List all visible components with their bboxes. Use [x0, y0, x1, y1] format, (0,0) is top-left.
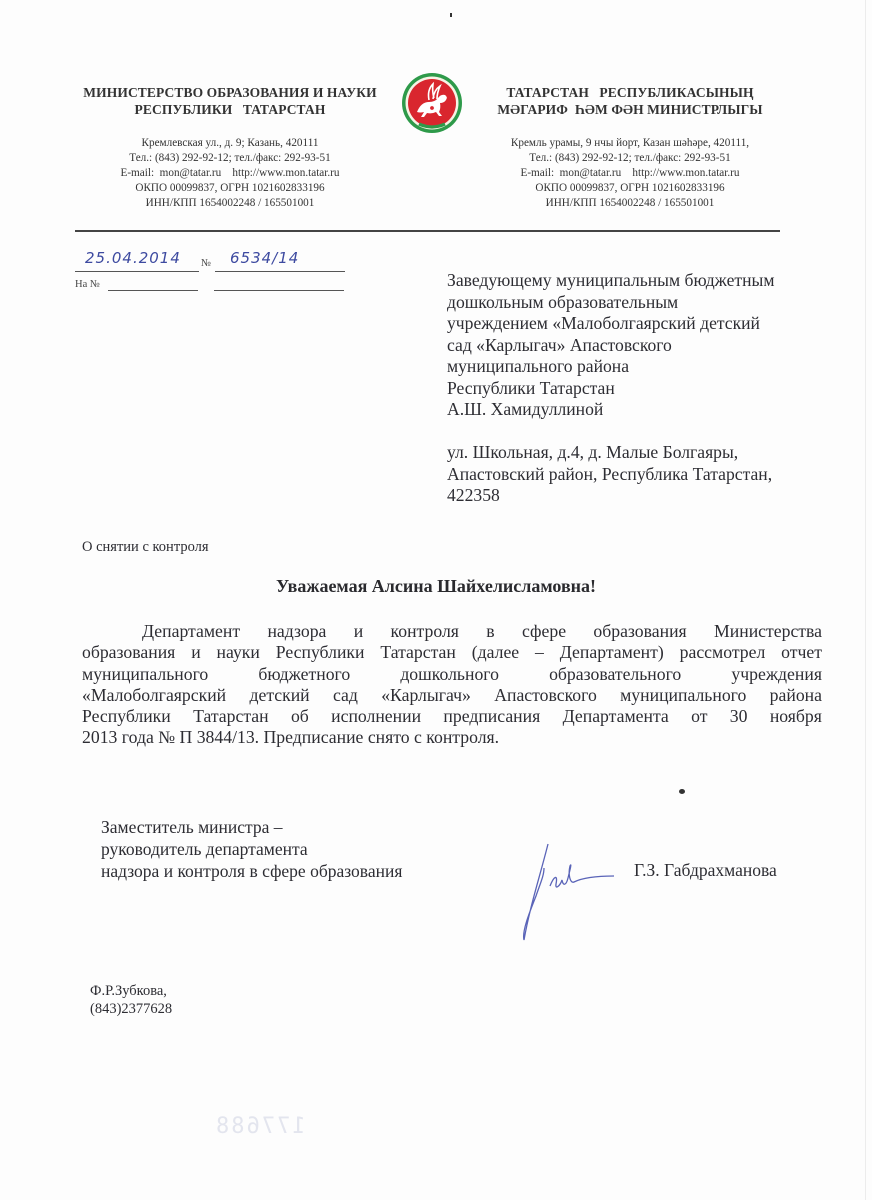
reply-field-1: [108, 290, 198, 291]
body-word: и: [354, 621, 363, 642]
body-word: Министерства: [714, 621, 822, 642]
body-line: Департаментнадзораиконтролявсфереобразов…: [82, 621, 822, 642]
body-word: от: [691, 706, 707, 727]
body-word: рассмотрел: [680, 642, 766, 663]
body-line: муниципальногобюджетногодошкольногообраз…: [82, 664, 822, 685]
letterhead-tatar: ТАТАРСТАН РЕСПУБЛИКАСЫНЫҢ МӘГАРИФ ҺӘМ ФӘ…: [480, 84, 780, 211]
body-word: дошкольного: [400, 664, 499, 685]
handwritten-number: 6534/14: [230, 249, 299, 267]
recipient-address: ул. Школьная, д.4, д. Малые Болгаяры, Ап…: [447, 442, 837, 507]
body-word: Департамент): [560, 642, 664, 663]
ministry-name-tt: ТАТАРСТАН РЕСПУБЛИКАСЫНЫҢ МӘГАРИФ ҺӘМ ФӘ…: [480, 84, 780, 118]
body-word: ноября: [770, 706, 822, 727]
body-word: Департамента: [563, 706, 669, 727]
body-word: образования: [593, 621, 686, 642]
number-underline: [215, 271, 345, 272]
scan-speck: [450, 13, 452, 17]
coat-of-arms-icon: [401, 72, 463, 134]
bleed-through-number: 177688: [214, 1114, 305, 1139]
body-word: района: [770, 685, 822, 706]
handwritten-signature: [510, 836, 620, 946]
ministry-contacts-tt: Кремль урамы, 9 нчы йорт, Казан шәһәре, …: [480, 136, 780, 211]
ministry-name-ru: МИНИСТЕРСТВО ОБРАЗОВАНИЯ И НАУКИ РЕСПУБЛ…: [80, 84, 380, 118]
ministry-contacts-ru: Кремлевская ул., д. 9; Казань, 420111 Те…: [80, 136, 380, 211]
body-word: Татарстан: [380, 642, 456, 663]
body-word: «Малоболгаярский: [82, 685, 226, 706]
body-word: муниципального: [620, 685, 746, 706]
reply-to-line: На №: [75, 279, 355, 303]
body-word: детский: [249, 685, 309, 706]
body-word: отчет: [781, 642, 822, 663]
body-word: бюджетного: [258, 664, 350, 685]
body-word: учреждения: [731, 664, 822, 685]
body-word: Республики: [276, 642, 365, 663]
body-word: надзора: [267, 621, 326, 642]
body-word: в: [486, 621, 494, 642]
executor-phone: (843)2377628: [90, 1000, 172, 1018]
letterhead-russian: МИНИСТЕРСТВО ОБРАЗОВАНИЯ И НАУКИ РЕСПУБЛ…: [80, 84, 380, 211]
body-word: муниципального: [82, 664, 208, 685]
body-word: Республики: [82, 706, 171, 727]
signatory-name: Г.З. Габдрахманова: [634, 860, 777, 881]
body-word: об: [291, 706, 309, 727]
salutation: Уважаемая Алсина Шайхелисламовна!: [0, 576, 872, 597]
executor-name: Ф.Р.Зубкова,: [90, 982, 172, 1000]
body-word: образовательного: [549, 664, 681, 685]
body-line: «Малоболгаярскийдетскийсад«Карлыгач»Апас…: [82, 685, 822, 706]
letter-body: Департаментнадзораиконтролявсфереобразов…: [82, 621, 822, 749]
body-word: –: [535, 642, 544, 663]
body-word: Апастовского: [494, 685, 597, 706]
reply-label: На №: [75, 279, 100, 290]
page-edge: [865, 0, 866, 1200]
reply-field-2: [214, 290, 344, 291]
number-label: №: [201, 258, 211, 269]
registration-line: 25.04.2014 № 6534/14: [75, 249, 355, 273]
scan-speck: [679, 789, 685, 794]
body-word: исполнении: [331, 706, 421, 727]
handwritten-date: 25.04.2014: [85, 249, 181, 267]
letterhead-divider: [75, 230, 780, 232]
body-last-line: 2013 года № П 3844/13. Предписание снято…: [82, 727, 822, 748]
letter-subject: О снятии с контроля: [82, 539, 209, 556]
recipient-block: Заведующему муниципальным бюджетным дошк…: [447, 270, 837, 507]
body-word: науки: [217, 642, 260, 663]
body-word: и: [191, 642, 200, 663]
body-word: предписания: [443, 706, 540, 727]
executor-info: Ф.Р.Зубкова, (843)2377628: [90, 982, 172, 1018]
date-underline: [75, 271, 199, 272]
body-word: сад: [333, 685, 358, 706]
signatory-position: Заместитель министра – руководитель депа…: [101, 816, 402, 882]
body-word: образования: [82, 642, 175, 663]
body-line: РеспубликиТатарстанобисполнениипредписан…: [82, 706, 822, 727]
body-word: сфере: [522, 621, 566, 642]
body-word: (далее: [472, 642, 519, 663]
body-word: «Карлыгач»: [381, 685, 471, 706]
body-line: образованияинаукиРеспубликиТатарстан(дал…: [82, 642, 822, 663]
body-word: контроля: [391, 621, 459, 642]
body-word: Татарстан: [193, 706, 269, 727]
body-word: Департамент: [142, 621, 240, 642]
body-word: 30: [730, 706, 748, 727]
